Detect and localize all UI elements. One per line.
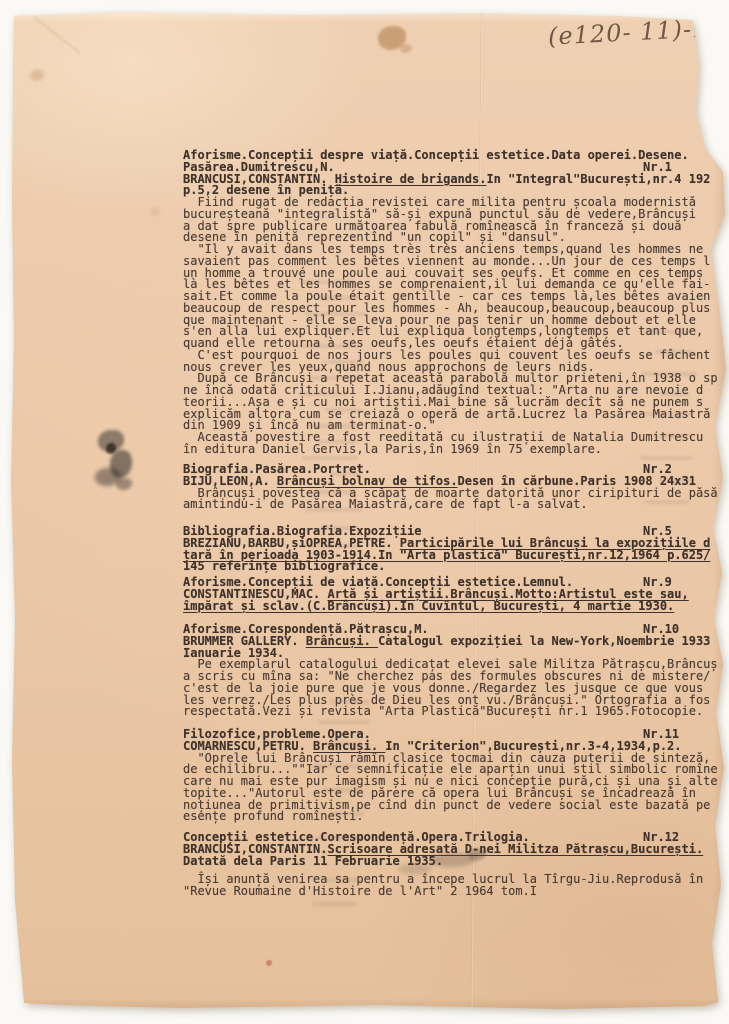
text-segment: Histoire de brigands. xyxy=(335,172,487,186)
document-page: (e120- 11)-1 Aforisme.Concepții despre v… xyxy=(0,0,729,1024)
text-segment: Datată dela Paris 11 Februarie 1935. xyxy=(183,854,443,868)
ink-smudge-blob xyxy=(106,443,116,454)
text-segment: In Cuvîntul, București, 4 martie 1930. xyxy=(400,599,675,613)
scanned-page-wrapper: (e120- 11)-1 Aforisme.Concepții despre v… xyxy=(0,0,729,1024)
text-segment: "Revue Roumaine d'Histoire de l'Art" 2 1… xyxy=(183,884,537,898)
text-line: împărat și sclav.(C.Brâncuși).In Cuvîntu… xyxy=(183,601,726,613)
catalog-entry: Bibliografia.Biografia.ExpozițiieNr.5BRE… xyxy=(183,526,726,573)
catalog-entry: Aforisme.Concepții de viață.Concepții es… xyxy=(183,577,726,612)
text-segment: Catalogul expoziției la New-York,Noembri… xyxy=(378,634,710,648)
catalog-entry: Filozofice,probleme.Opera.Nr.11COMARNESC… xyxy=(183,729,726,823)
text-segment: Brâncuși. xyxy=(306,634,378,648)
text-segment: respectată.Vezi și revista "Arta Plastic… xyxy=(183,704,703,718)
text-segment: împărat și sclav.(C.Brâncuși). xyxy=(183,599,400,613)
text-segment: 145 referințe bibliografice. xyxy=(183,559,385,573)
text-line: Datată dela Paris 11 Februarie 1935. xyxy=(183,856,726,868)
text-line: 145 referințe bibliografice. xyxy=(183,561,726,573)
ink-smudge-blob xyxy=(110,450,132,478)
text-segment: In "Arta plastică" București,nr.12,1964 … xyxy=(378,548,710,562)
text-segment: In "Integral"București,nr.4 192 xyxy=(486,172,710,186)
stain-blob xyxy=(30,70,44,81)
ink-smudge-blob xyxy=(98,430,124,452)
text-segment: amintindu-i de Pasărea Maiastră,care de … xyxy=(183,497,588,511)
stain-blob xyxy=(150,208,160,216)
ink-smudge-blob xyxy=(95,468,121,486)
catalog-entry: Aforisme.Concepții despre viață.Concepți… xyxy=(183,150,726,456)
catalog-entry: Biografia.Pasărea.Portret.Nr.2BIJU,LEON,… xyxy=(183,464,726,511)
catalog-entry: Își anunță venirea sa pentru a începe lu… xyxy=(183,874,726,898)
text-segment: esențe profund romînești. xyxy=(183,809,364,823)
corner-crease xyxy=(34,16,81,53)
text-line: esențe profund romînești. xyxy=(183,811,726,823)
typewritten-text-block: Aforisme.Concepții despre viață.Concepți… xyxy=(183,0,726,1024)
text-line: în editura Daniel Gervis,la Paris,în 196… xyxy=(183,444,726,456)
text-segment: în editura Daniel Gervis,la Paris,în 196… xyxy=(183,442,602,456)
text-line: respectată.Vezi și revista "Arta Plastic… xyxy=(183,706,726,718)
ink-smudge-blob xyxy=(116,478,132,490)
catalog-entry: Concepții estetice.Corespondență.Opera.T… xyxy=(183,832,726,867)
catalog-entry: Aforisme.Corespondență.Pătrașcu,M.Nr.10B… xyxy=(183,624,726,718)
text-line: "Revue Roumaine d'Histoire de l'Art" 2 1… xyxy=(183,886,726,898)
text-line: amintindu-i de Pasărea Maiastră,care de … xyxy=(183,499,726,511)
